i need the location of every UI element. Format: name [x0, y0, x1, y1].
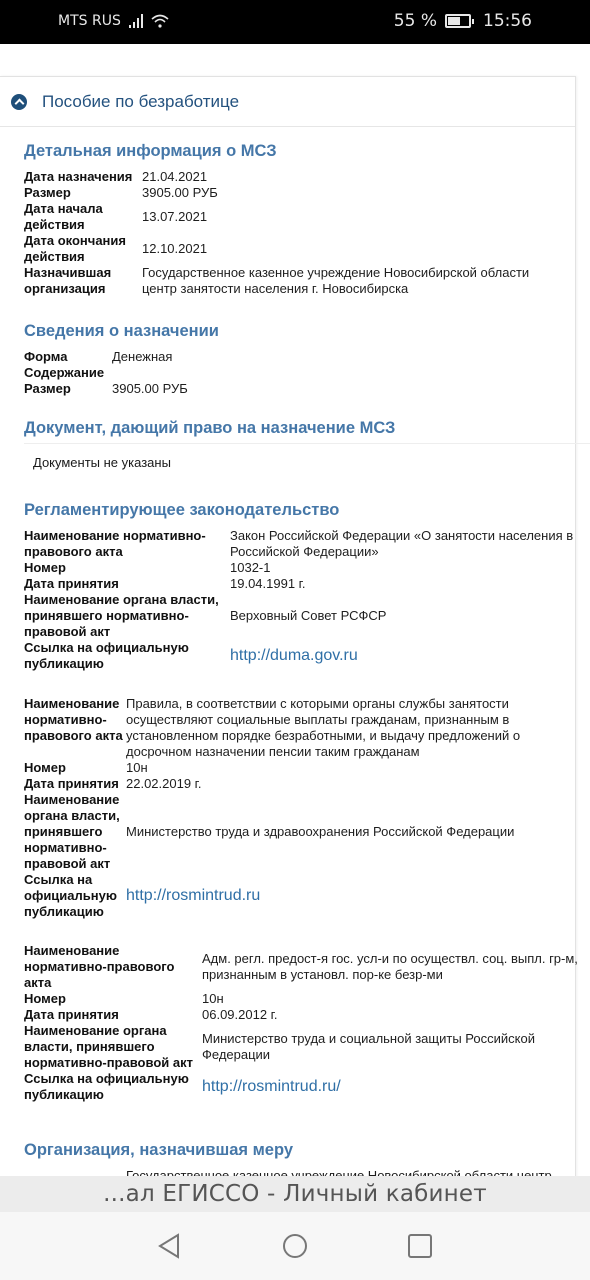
act-row: Наименование органа власти, принявшего н…	[24, 792, 564, 872]
act-row: Дата принятия 22.02.2019 г.	[24, 776, 564, 792]
wifi-icon	[151, 14, 169, 28]
organization-section: Организация, назначившая меру	[24, 1141, 293, 1160]
document-section: Документ, дающий право на назначение МСЗ	[24, 419, 395, 438]
act-date: 22.02.2019 г.	[126, 776, 201, 792]
act-label: Ссылка на официальную публикацию	[24, 1071, 202, 1103]
clock: 15:56	[483, 11, 532, 31]
status-right: 55 % 15:56	[394, 11, 532, 31]
act-row: Дата принятия 19.04.1991 г.	[24, 576, 590, 592]
act-label: Номер	[24, 991, 202, 1007]
page-content: Пособие по безработице Детальная информа…	[0, 44, 590, 1176]
nav-bar	[0, 1212, 590, 1280]
act-label: Дата принятия	[24, 776, 126, 792]
battery-percent: 55 %	[394, 11, 437, 31]
act-link[interactable]: http://rosmintrud.ru	[126, 888, 260, 904]
act-label: Наименование нормативно-правового акта	[24, 528, 230, 560]
detail-value: 3905.00 РУБ	[142, 185, 218, 201]
detail-row: Дата назначения 21.04.2021	[24, 169, 562, 185]
assignment-row: Размер 3905.00 РУБ	[24, 381, 219, 397]
assignment-label: Размер	[24, 381, 112, 397]
act-label: Наименование органа власти, принявшего н…	[24, 792, 126, 872]
act-name: Правила, в соответствии с которыми орган…	[126, 696, 564, 760]
legal-act-1: Наименование нормативно-правового акта З…	[24, 528, 590, 672]
assignment-value: Денежная	[112, 349, 172, 365]
detail-label: Дата назначения	[24, 169, 142, 185]
act-label: Наименование органа власти, принявшего н…	[24, 592, 230, 640]
act-label: Номер	[24, 560, 230, 576]
act-label: Наименование нормативно-правового акта	[24, 696, 126, 760]
act-link[interactable]: http://rosmintrud.ru/	[202, 1079, 341, 1095]
legal-act-3: Наименование нормативно-правового акта А…	[24, 943, 590, 1103]
panel-header[interactable]: Пособие по безработице	[0, 77, 575, 127]
status-bar: MTS RUS 55 % 15:56	[0, 0, 590, 44]
act-label: Наименование органа власти, принявшего н…	[24, 1023, 202, 1071]
detail-value: Государственное казенное учреждение Ново…	[142, 265, 562, 297]
act-row: Номер 10н	[24, 760, 564, 776]
back-triangle-icon[interactable]	[155, 1232, 183, 1260]
signal-icon	[129, 14, 143, 28]
detail-label: Размер	[24, 185, 142, 201]
act-authority: Верховный Совет РСФСР	[230, 608, 386, 624]
act-authority: Министерство труда и здравоохранения Рос…	[126, 824, 514, 840]
act-label: Дата принятия	[24, 1007, 202, 1023]
section-divider	[24, 443, 590, 444]
detail-value: 13.07.2021	[142, 209, 207, 225]
act-label: Номер	[24, 760, 126, 776]
legislation-section: Регламентирующее законодательство	[24, 501, 339, 520]
carrier-name: MTS RUS	[58, 13, 121, 29]
assignment-heading: Сведения о назначении	[24, 322, 219, 341]
status-left: MTS RUS	[58, 13, 169, 29]
act-date: 06.09.2012 г.	[202, 1007, 277, 1023]
legislation-heading: Регламентирующее законодательство	[24, 501, 339, 520]
app-title: ...ал ЕГИССО - Личный кабинет	[0, 1176, 590, 1212]
detail-value: 21.04.2021	[142, 169, 207, 185]
act-number: 1032-1	[230, 560, 270, 576]
act-row: Наименование нормативно-правового акта З…	[24, 528, 590, 560]
act-label: Дата принятия	[24, 576, 230, 592]
document-heading: Документ, дающий право на назначение МСЗ	[24, 419, 395, 438]
act-name: Закон Российской Федерации «О занятости …	[230, 528, 590, 560]
act-row: Наименование органа власти, принявшего н…	[24, 592, 590, 640]
document-empty-text: Документы не указаны	[33, 455, 171, 471]
assignment-label: Форма	[24, 349, 112, 365]
home-circle-icon[interactable]	[281, 1232, 309, 1260]
act-row: Ссылка на официальную публикацию http://…	[24, 872, 564, 920]
act-label: Ссылка на официальную публикацию	[24, 640, 230, 672]
detail-value: 12.10.2021	[142, 241, 207, 257]
act-row: Дата принятия 06.09.2012 г.	[24, 1007, 590, 1023]
act-label: Ссылка на официальную публикацию	[24, 872, 126, 920]
organization-partial-text: Государственное казенное учреждение Ново…	[126, 1168, 576, 1176]
detail-row: Дата окончания действия 12.10.2021	[24, 233, 562, 265]
battery-icon	[445, 14, 471, 28]
assignment-row: Форма Денежная	[24, 349, 219, 365]
act-row: Ссылка на официальную публикацию http://…	[24, 1071, 590, 1103]
act-link[interactable]: http://duma.gov.ru	[230, 648, 358, 664]
detail-label: Дата начала действия	[24, 201, 142, 233]
act-number: 10н	[202, 991, 224, 1007]
act-row: Номер 1032-1	[24, 560, 590, 576]
recent-square-icon[interactable]	[406, 1232, 434, 1260]
act-row: Номер 10н	[24, 991, 590, 1007]
legal-act-2: Наименование нормативно-правового акта П…	[24, 696, 564, 920]
act-row: Ссылка на официальную публикацию http://…	[24, 640, 590, 672]
act-name-text: Закон Российской Федерации «О занятости …	[230, 528, 590, 560]
act-row: Наименование нормативно-правового акта П…	[24, 696, 564, 760]
act-label: Наименование нормативно-правового акта	[24, 943, 202, 991]
detail-row: Дата начала действия 13.07.2021	[24, 201, 562, 233]
detail-label: Назначившая организация	[24, 265, 142, 297]
act-row: Наименование нормативно-правового акта А…	[24, 943, 590, 991]
detail-label: Дата окончания действия	[24, 233, 142, 265]
assignment-section: Сведения о назначении Форма Денежная Сод…	[24, 322, 219, 397]
act-row: Наименование органа власти, принявшего н…	[24, 1023, 590, 1071]
act-date: 19.04.1991 г.	[230, 576, 305, 592]
assignment-label: Содержание	[24, 365, 112, 381]
assignment-value: 3905.00 РУБ	[112, 381, 188, 397]
detail-section: Детальная информация о МСЗ Дата назначен…	[24, 142, 562, 297]
detail-heading: Детальная информация о МСЗ	[24, 142, 562, 161]
detail-list: Дата назначения 21.04.2021 Размер 3905.0…	[24, 169, 562, 297]
detail-row: Размер 3905.00 РУБ	[24, 185, 562, 201]
detail-row: Назначившая организация Государственное …	[24, 265, 562, 297]
assignment-row: Содержание	[24, 365, 219, 381]
act-number: 10н	[126, 760, 148, 776]
organization-heading: Организация, назначившая меру	[24, 1141, 293, 1160]
act-name: Адм. регл. предост-я гос. усл-и по осуще…	[202, 951, 590, 983]
assignment-list: Форма Денежная Содержание Размер 3905.00…	[24, 349, 219, 397]
chevron-up-circle-icon[interactable]	[11, 94, 27, 110]
panel-title: Пособие по безработице	[42, 92, 239, 112]
act-authority: Министерство труда и социальной защиты Р…	[202, 1031, 562, 1063]
